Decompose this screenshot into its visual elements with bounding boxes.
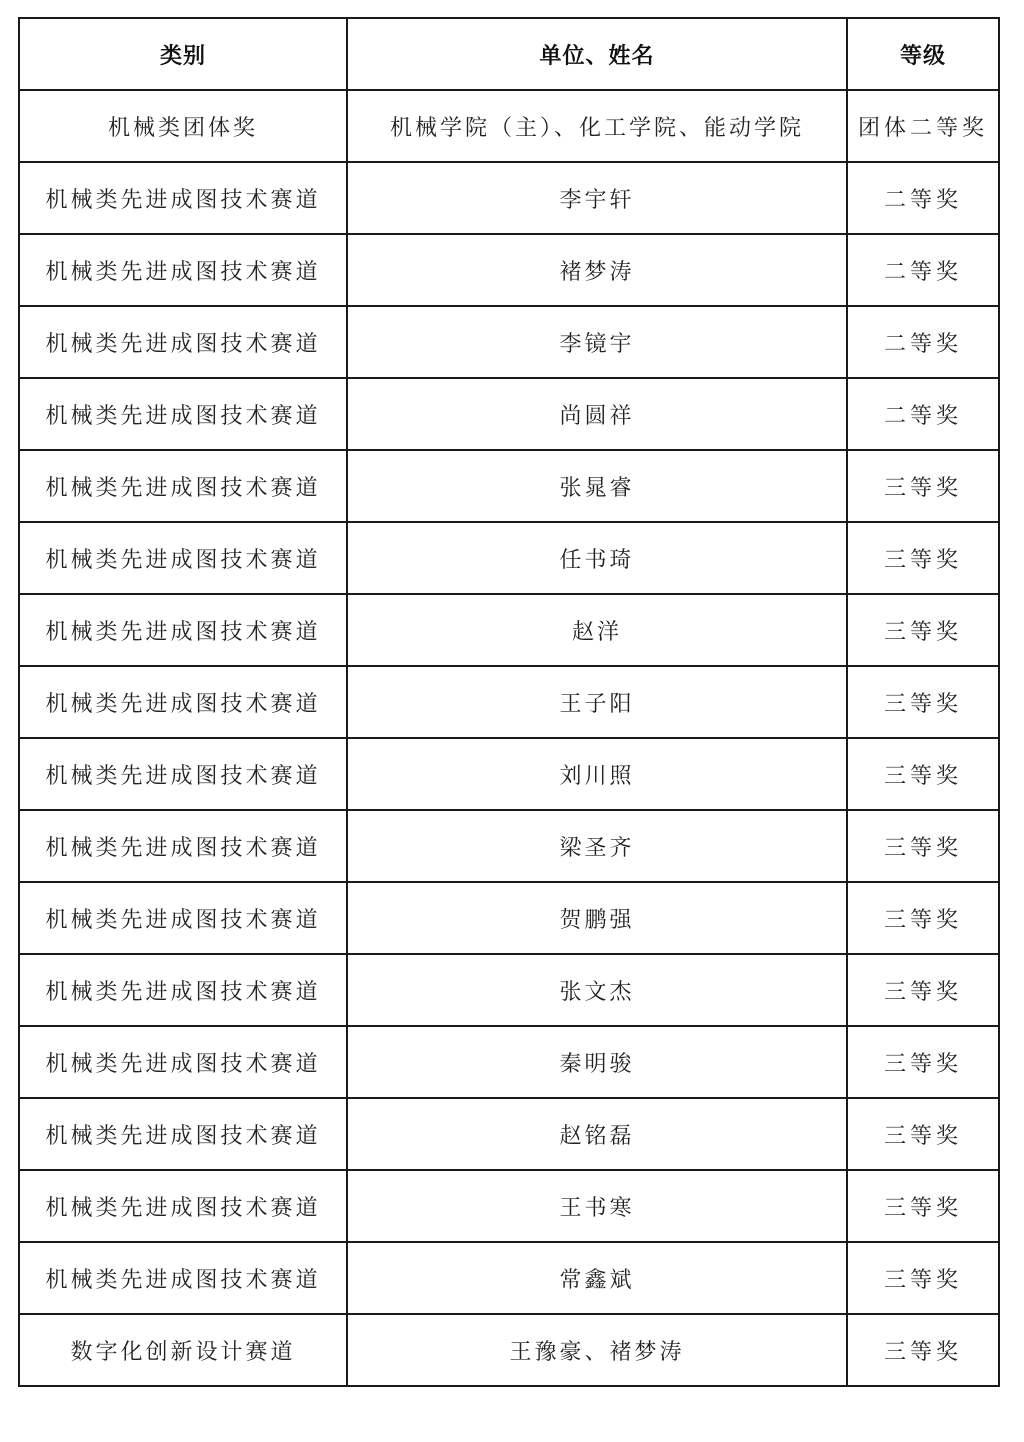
table-row: 机械类先进成图技术赛道秦明骏三等奖	[19, 1026, 999, 1098]
category-cell: 机械类先进成图技术赛道	[19, 882, 347, 954]
unit-name-cell: 褚梦涛	[347, 234, 847, 306]
table-row: 机械类先进成图技术赛道褚梦涛二等奖	[19, 234, 999, 306]
unit-name-cell: 任书琦	[347, 522, 847, 594]
unit-name-cell: 张晁睿	[347, 450, 847, 522]
table-row: 机械类团体奖机械学院（主）、化工学院、能动学院团体二等奖	[19, 90, 999, 162]
header-unit-name: 单位、姓名	[347, 18, 847, 90]
category-cell: 机械类先进成图技术赛道	[19, 810, 347, 882]
category-cell: 机械类先进成图技术赛道	[19, 1098, 347, 1170]
table-row: 机械类先进成图技术赛道李镜宇二等奖	[19, 306, 999, 378]
level-cell: 三等奖	[847, 450, 999, 522]
table-row: 机械类先进成图技术赛道常鑫斌三等奖	[19, 1242, 999, 1314]
level-cell: 三等奖	[847, 522, 999, 594]
category-cell: 机械类团体奖	[19, 90, 347, 162]
level-cell: 三等奖	[847, 1170, 999, 1242]
unit-name-cell: 梁圣齐	[347, 810, 847, 882]
unit-name-cell: 张文杰	[347, 954, 847, 1026]
unit-name-cell: 机械学院（主）、化工学院、能动学院	[347, 90, 847, 162]
header-level: 等级	[847, 18, 999, 90]
table-row: 机械类先进成图技术赛道赵洋三等奖	[19, 594, 999, 666]
category-cell: 机械类先进成图技术赛道	[19, 306, 347, 378]
table-row: 机械类先进成图技术赛道尚圆祥二等奖	[19, 378, 999, 450]
category-cell: 机械类先进成图技术赛道	[19, 666, 347, 738]
unit-name-cell: 秦明骏	[347, 1026, 847, 1098]
category-cell: 机械类先进成图技术赛道	[19, 1026, 347, 1098]
unit-name-cell: 王子阳	[347, 666, 847, 738]
table-row: 机械类先进成图技术赛道梁圣齐三等奖	[19, 810, 999, 882]
level-cell: 三等奖	[847, 954, 999, 1026]
table-header-row: 类别 单位、姓名 等级	[19, 18, 999, 90]
level-cell: 团体二等奖	[847, 90, 999, 162]
table-row: 机械类先进成图技术赛道任书琦三等奖	[19, 522, 999, 594]
category-cell: 机械类先进成图技术赛道	[19, 522, 347, 594]
category-cell: 机械类先进成图技术赛道	[19, 1170, 347, 1242]
table-row: 数字化创新设计赛道王豫豪、褚梦涛三等奖	[19, 1314, 999, 1386]
unit-name-cell: 尚圆祥	[347, 378, 847, 450]
category-cell: 机械类先进成图技术赛道	[19, 1242, 347, 1314]
category-cell: 机械类先进成图技术赛道	[19, 954, 347, 1026]
level-cell: 三等奖	[847, 882, 999, 954]
category-cell: 机械类先进成图技术赛道	[19, 738, 347, 810]
level-cell: 二等奖	[847, 306, 999, 378]
level-cell: 三等奖	[847, 666, 999, 738]
unit-name-cell: 赵洋	[347, 594, 847, 666]
table-row: 机械类先进成图技术赛道张晁睿三等奖	[19, 450, 999, 522]
level-cell: 三等奖	[847, 1314, 999, 1386]
table-row: 机械类先进成图技术赛道刘川照三等奖	[19, 738, 999, 810]
level-cell: 三等奖	[847, 810, 999, 882]
level-cell: 二等奖	[847, 234, 999, 306]
level-cell: 三等奖	[847, 1026, 999, 1098]
unit-name-cell: 贺鹏强	[347, 882, 847, 954]
category-cell: 机械类先进成图技术赛道	[19, 450, 347, 522]
award-table: 类别 单位、姓名 等级 机械类团体奖机械学院（主）、化工学院、能动学院团体二等奖…	[18, 17, 1000, 1387]
category-cell: 机械类先进成图技术赛道	[19, 378, 347, 450]
level-cell: 三等奖	[847, 1242, 999, 1314]
level-cell: 二等奖	[847, 162, 999, 234]
category-cell: 数字化创新设计赛道	[19, 1314, 347, 1386]
unit-name-cell: 李宇轩	[347, 162, 847, 234]
category-cell: 机械类先进成图技术赛道	[19, 594, 347, 666]
level-cell: 三等奖	[847, 1098, 999, 1170]
unit-name-cell: 王豫豪、褚梦涛	[347, 1314, 847, 1386]
table-row: 机械类先进成图技术赛道贺鹏强三等奖	[19, 882, 999, 954]
table-row: 机械类先进成图技术赛道赵铭磊三等奖	[19, 1098, 999, 1170]
table-row: 机械类先进成图技术赛道张文杰三等奖	[19, 954, 999, 1026]
unit-name-cell: 李镜宇	[347, 306, 847, 378]
table-row: 机械类先进成图技术赛道李宇轩二等奖	[19, 162, 999, 234]
unit-name-cell: 常鑫斌	[347, 1242, 847, 1314]
table-row: 机械类先进成图技术赛道王书寒三等奖	[19, 1170, 999, 1242]
header-category: 类别	[19, 18, 347, 90]
level-cell: 三等奖	[847, 738, 999, 810]
category-cell: 机械类先进成图技术赛道	[19, 162, 347, 234]
table-row: 机械类先进成图技术赛道王子阳三等奖	[19, 666, 999, 738]
unit-name-cell: 赵铭磊	[347, 1098, 847, 1170]
unit-name-cell: 刘川照	[347, 738, 847, 810]
level-cell: 三等奖	[847, 594, 999, 666]
table-body: 机械类团体奖机械学院（主）、化工学院、能动学院团体二等奖机械类先进成图技术赛道李…	[19, 90, 999, 1386]
category-cell: 机械类先进成图技术赛道	[19, 234, 347, 306]
unit-name-cell: 王书寒	[347, 1170, 847, 1242]
level-cell: 二等奖	[847, 378, 999, 450]
